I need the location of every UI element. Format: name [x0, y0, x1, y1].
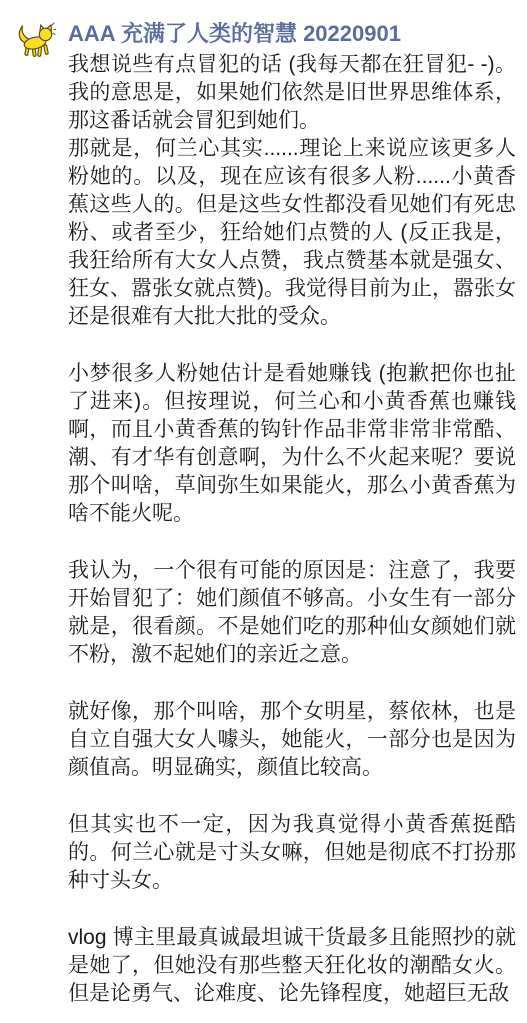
- paragraph-6: 但其实也不一定，因为我真觉得小黄香蕉挺酷的。何兰心就是寸头女嘛，但她是彻底不打扮…: [68, 811, 516, 895]
- avatar[interactable]: [14, 22, 56, 64]
- chat-message: AAA 充满了人类的智慧 20220901 我想说些有点冒犯的话 (我每天都在狂…: [0, 0, 527, 1008]
- paragraph-7: vlog 博主里最真诚最坦诚干货最多且能照抄的就是她了，但她没有那些整天狂化妆的…: [68, 924, 516, 1008]
- message-content: AAA 充满了人类的智慧 20220901 我想说些有点冒犯的话 (我每天都在狂…: [68, 20, 516, 1008]
- paragraph-2: 那就是，何兰心其实......理论上来说应该更多人粉她的。以及，现在应该有很多人…: [68, 135, 516, 331]
- paragraph-3: 小梦很多人粉她估计是看她赚钱 (抱歉把你也扯了进来)。但按理说，何兰心和小黄香蕉…: [68, 360, 516, 528]
- message-body: 我想说些有点冒犯的话 (我每天都在狂冒犯- -)。我的意思是，如果她们依然是旧世…: [68, 51, 516, 1008]
- chat-page: AAA 充满了人类的智慧 20220901 我想说些有点冒犯的话 (我每天都在狂…: [0, 0, 527, 1023]
- yellow-cat-icon: [14, 22, 56, 64]
- paragraph-1: 我想说些有点冒犯的话 (我每天都在狂冒犯- -)。我的意思是，如果她们依然是旧世…: [68, 51, 516, 135]
- paragraph-5: 就好像，那个叫啥，那个女明星，蔡依林，也是自立自强大女人噱头，她能火，一部分也是…: [68, 698, 516, 782]
- username[interactable]: AAA 充满了人类的智慧 20220901: [68, 20, 516, 48]
- paragraph-4: 我认为，一个很有可能的原因是：注意了，我要开始冒犯了：她们颜值不够高。小女生有一…: [68, 557, 516, 669]
